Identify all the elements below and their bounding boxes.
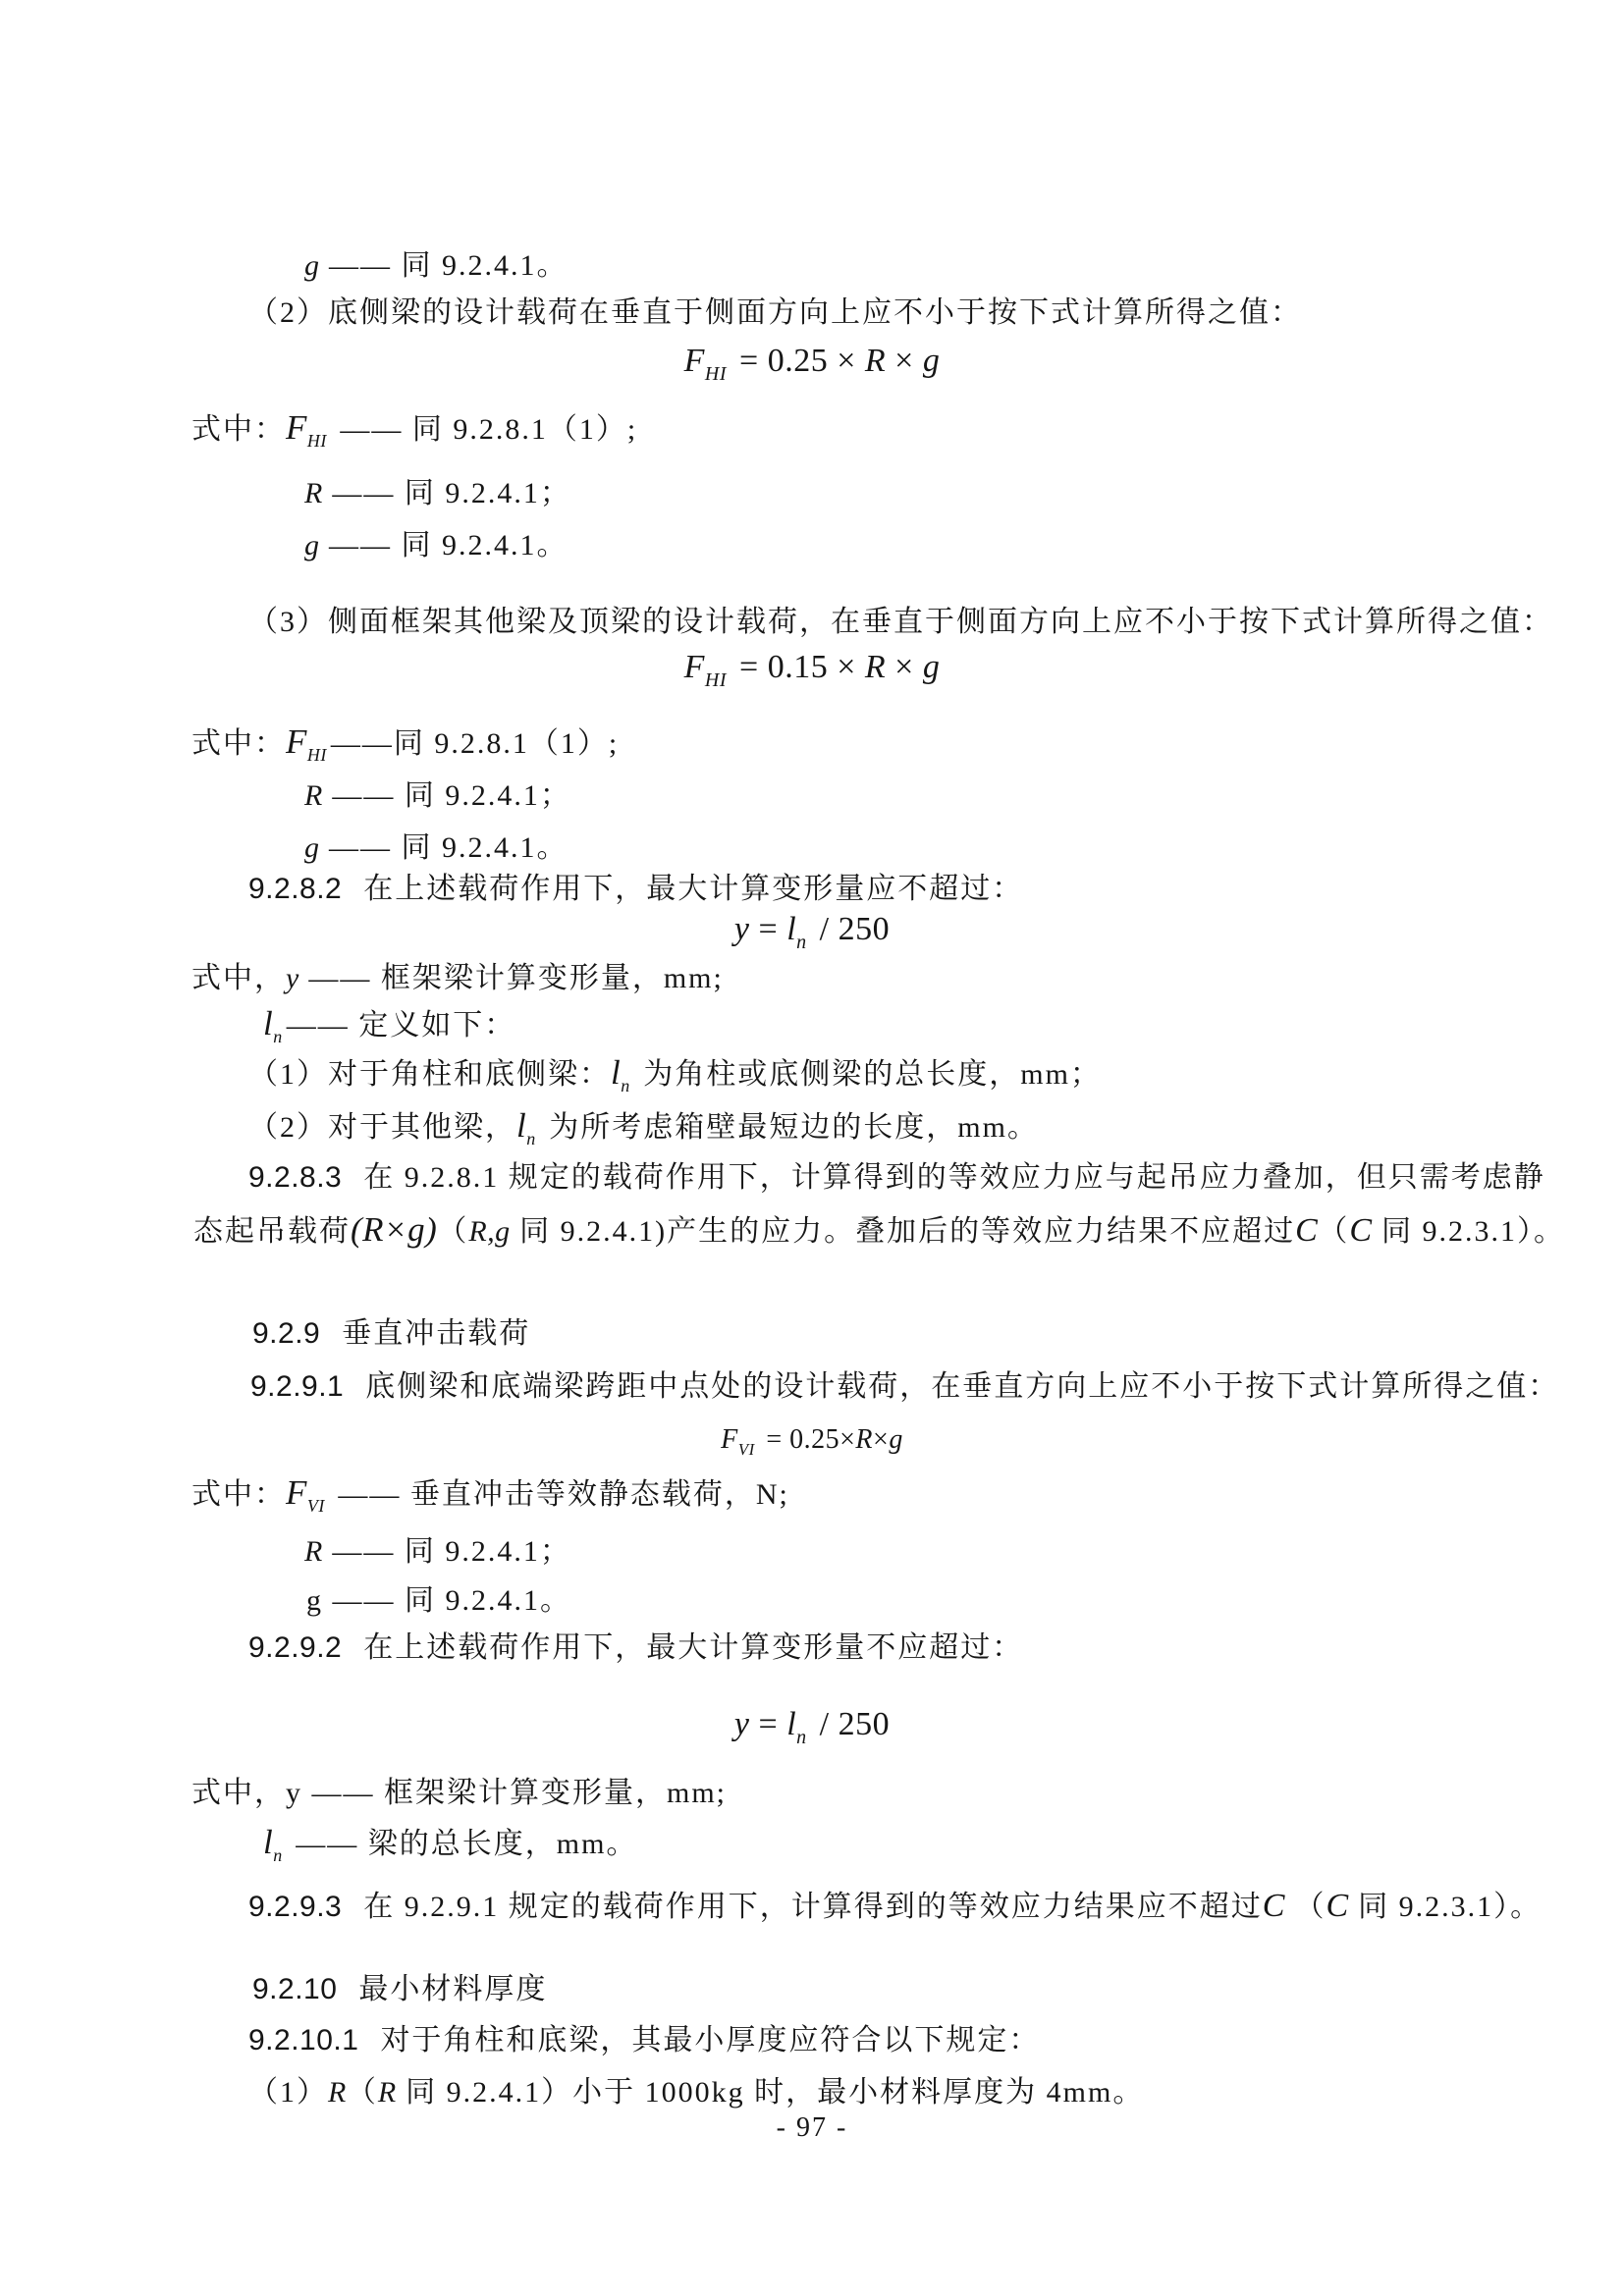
clause-9-2-10-1: 9.2.10.1对于角柱和底梁，其最小厚度应符合以下规定： (248, 2020, 1040, 2061)
where-y-1: 式中，y —— 框架梁计算变形量，mm; (191, 958, 724, 999)
formula-y-ln250-1: y = ln / 250 (0, 907, 1624, 956)
clause-9-2-9-3: 9.2.9.3在 9.2.9.1 规定的载荷作用下，计算得到的等效应力结果应不超… (248, 1886, 1542, 1928)
heading-9-2-10: 9.2.10最小材料厚度 (252, 1969, 547, 2010)
ln-case-2: （2）对于其他梁，ln 为所考虑箱壁最短边的长度，mm。 (248, 1105, 1039, 1151)
def-R-1: R —— 同 9.2.4.1； (304, 473, 571, 514)
def-ln-intro: ln—— 定义如下： (263, 1003, 515, 1049)
clause-9-2-9-1: 9.2.9.1底侧梁和底端梁跨距中点处的设计载荷，在垂直方向上应不小于按下式计算… (250, 1366, 1559, 1408)
page-number: - 97 - (0, 2112, 1624, 2144)
def-g-4: g —— 同 9.2.4.1。 (306, 1580, 571, 1622)
clause-9-2-8-3-line-1: 9.2.8.3在 9.2.8.1 规定的载荷作用下，计算得到的等效应力应与起吊应… (248, 1157, 1545, 1199)
def-ln-total-length: ln —— 梁的总长度，mm。 (263, 1822, 637, 1868)
def-g-3: g —— 同 9.2.4.1。 (304, 828, 568, 869)
clause-9-2-8-3-line-2: 态起吊载荷(R×g)（R,g 同 9.2.4.1)产生的应力。叠加后的等效应力结… (193, 1209, 1565, 1253)
def-R-2: R —— 同 9.2.4.1； (304, 775, 571, 817)
where-y-2: 式中，y —— 框架梁计算变形量，mm; (191, 1773, 727, 1814)
formula-fhi-015: FHI = 0.15 × R × g (0, 645, 1624, 694)
formula-y-ln250-2: y = ln / 250 (0, 1702, 1624, 1751)
where-fvi: 式中：FVI —— 垂直冲击等效静态载荷，N; (191, 1472, 789, 1519)
clause-9-2-8-2: 9.2.8.2在上述载荷作用下，最大计算变形量应不超过： (248, 869, 1023, 910)
where-fhi-1: 式中：FHI —— 同 9.2.8.1（1）; (191, 407, 637, 454)
item-2-bottom-side-beam: （2）底侧梁的设计载荷在垂直于侧面方向上应不小于按下式计算所得之值： (248, 293, 1302, 334)
min-thickness-case-1: （1）R（R 同 9.2.4.1）小于 1000kg 时，最小材料厚度为 4mm… (248, 2072, 1144, 2113)
document-page: g —— 同 9.2.4.1。 （2）底侧梁的设计载荷在垂直于侧面方向上应不小于… (0, 0, 1624, 2296)
clause-9-2-9-2: 9.2.9.2在上述载荷作用下，最大计算变形量不应超过： (248, 1628, 1023, 1669)
def-g-2: g —— 同 9.2.4.1。 (304, 525, 568, 566)
item-3-side-frame-beams: （3）侧面框架其他梁及顶梁的设计载荷，在垂直于侧面方向上应不小于按下式计算所得之… (248, 602, 1553, 643)
def-g-1: g —— 同 9.2.4.1。 (304, 245, 568, 287)
where-fhi-2: 式中：FHI——同 9.2.8.1（1）; (191, 721, 619, 768)
formula-fvi-025: FVI = 0.25×R×g (0, 1422, 1624, 1461)
formula-fhi-025: FHI = 0.25 × R × g (0, 339, 1624, 388)
heading-9-2-9: 9.2.9垂直冲击载荷 (252, 1313, 530, 1355)
def-R-3: R —— 同 9.2.4.1； (304, 1531, 571, 1573)
ln-case-1: （1）对于角柱和底侧梁：ln 为角柱或底侧梁的总长度，mm； (248, 1052, 1102, 1098)
